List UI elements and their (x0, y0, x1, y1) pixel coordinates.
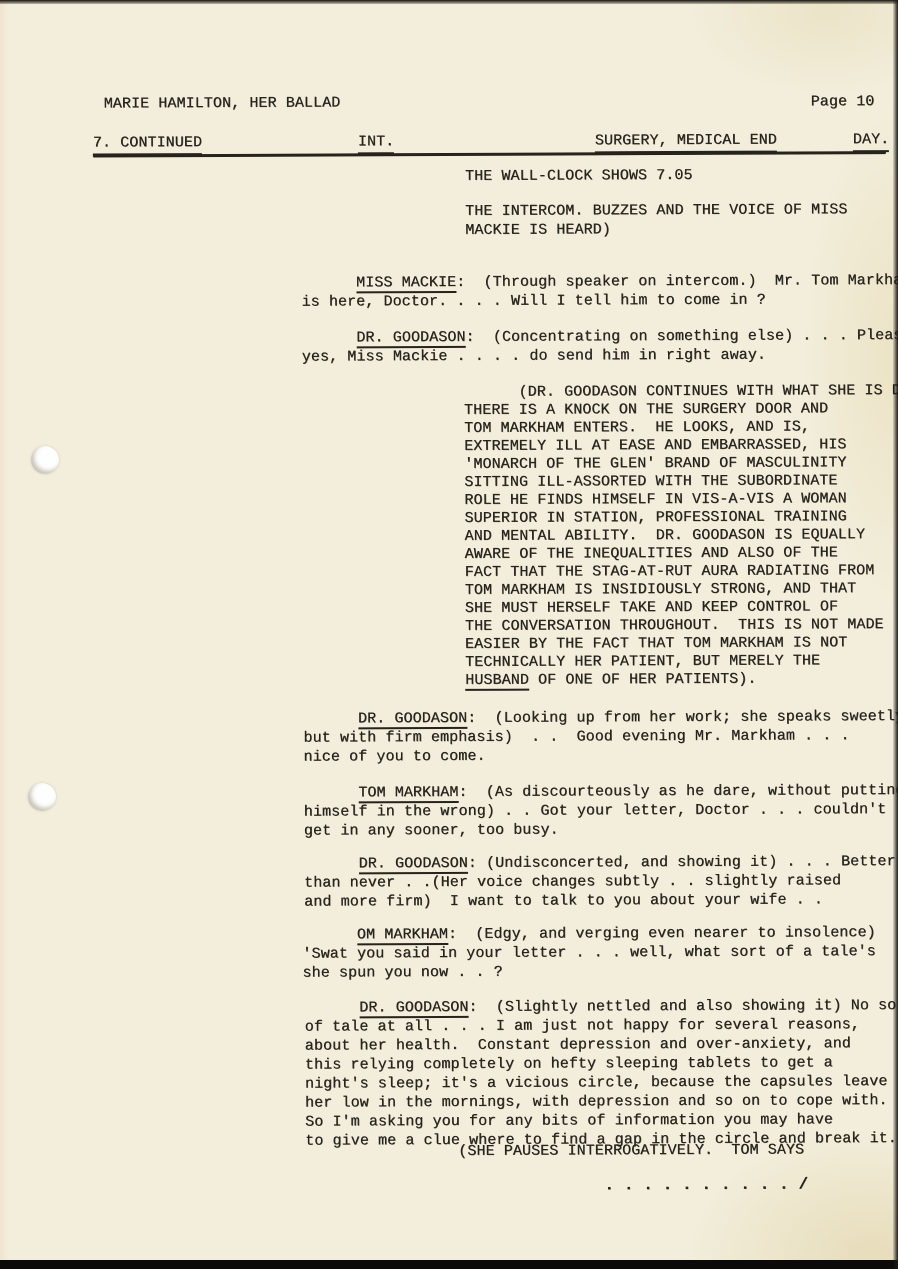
scanned-script-page: MARIE HAMILTON, HER BALLAD Page 10 7. CO… (0, 0, 898, 1269)
scan-edge-right (893, 0, 898, 1269)
speaker-name: TOM MARKHAM (358, 784, 458, 803)
stage-direction-text-tail: OF ONE OF HER PATIENTS). (529, 671, 757, 689)
stage-direction-wall-clock: THE WALL-CLOCK SHOWS 7.05 (465, 166, 693, 186)
dialogue-text: : (Slightly nettled and also showing it)… (305, 997, 898, 1150)
scan-edge-bottom (0, 1260, 898, 1269)
continuation-dots: . . . . . . . . . . / (604, 1175, 808, 1195)
stage-direction-text: (DR. GOODASON CONTINUES WITH WHAT SHE IS… (464, 382, 898, 671)
speaker-name: OM MARKHAM (357, 926, 448, 945)
scene-heading-rule (93, 151, 886, 157)
scene-location-label: SURGERY, MEDICAL END (595, 131, 777, 154)
stage-direction-block: (DR. GOODASON CONTINUES WITH WHAT SHE IS… (464, 364, 898, 708)
page-number: Page 10 (811, 92, 875, 111)
speaker-name: MISS MACKIE (356, 274, 456, 293)
speaker-name: DR. GOODASON (356, 329, 465, 348)
script-title: MARIE HAMILTON, HER BALLAD (104, 93, 341, 113)
stage-direction-she-pauses: (SHE PAUSES INTERROGATIVELY. TOM SAYS (458, 1140, 804, 1161)
scene-interior-label: INT. (358, 132, 395, 154)
punch-hole-bottom (28, 783, 56, 811)
scan-edge-top (0, 0, 898, 4)
speaker-name: DR. GOODASON (358, 710, 467, 729)
scene-time-label: DAY. (853, 130, 890, 152)
stage-direction-underlined-word: HUSBAND (465, 672, 529, 691)
speaker-name: DR. GOODASON (359, 999, 468, 1018)
page-content: MARIE HAMILTON, HER BALLAD Page 10 7. CO… (0, 0, 898, 1269)
punch-hole-top (31, 446, 59, 474)
speaker-name: DR. GOODASON (359, 855, 468, 874)
stage-direction-intercom: THE INTERCOM. BUZZES AND THE VOICE OF MI… (465, 200, 847, 240)
scene-continued-label: 7. CONTINUED (93, 133, 202, 155)
